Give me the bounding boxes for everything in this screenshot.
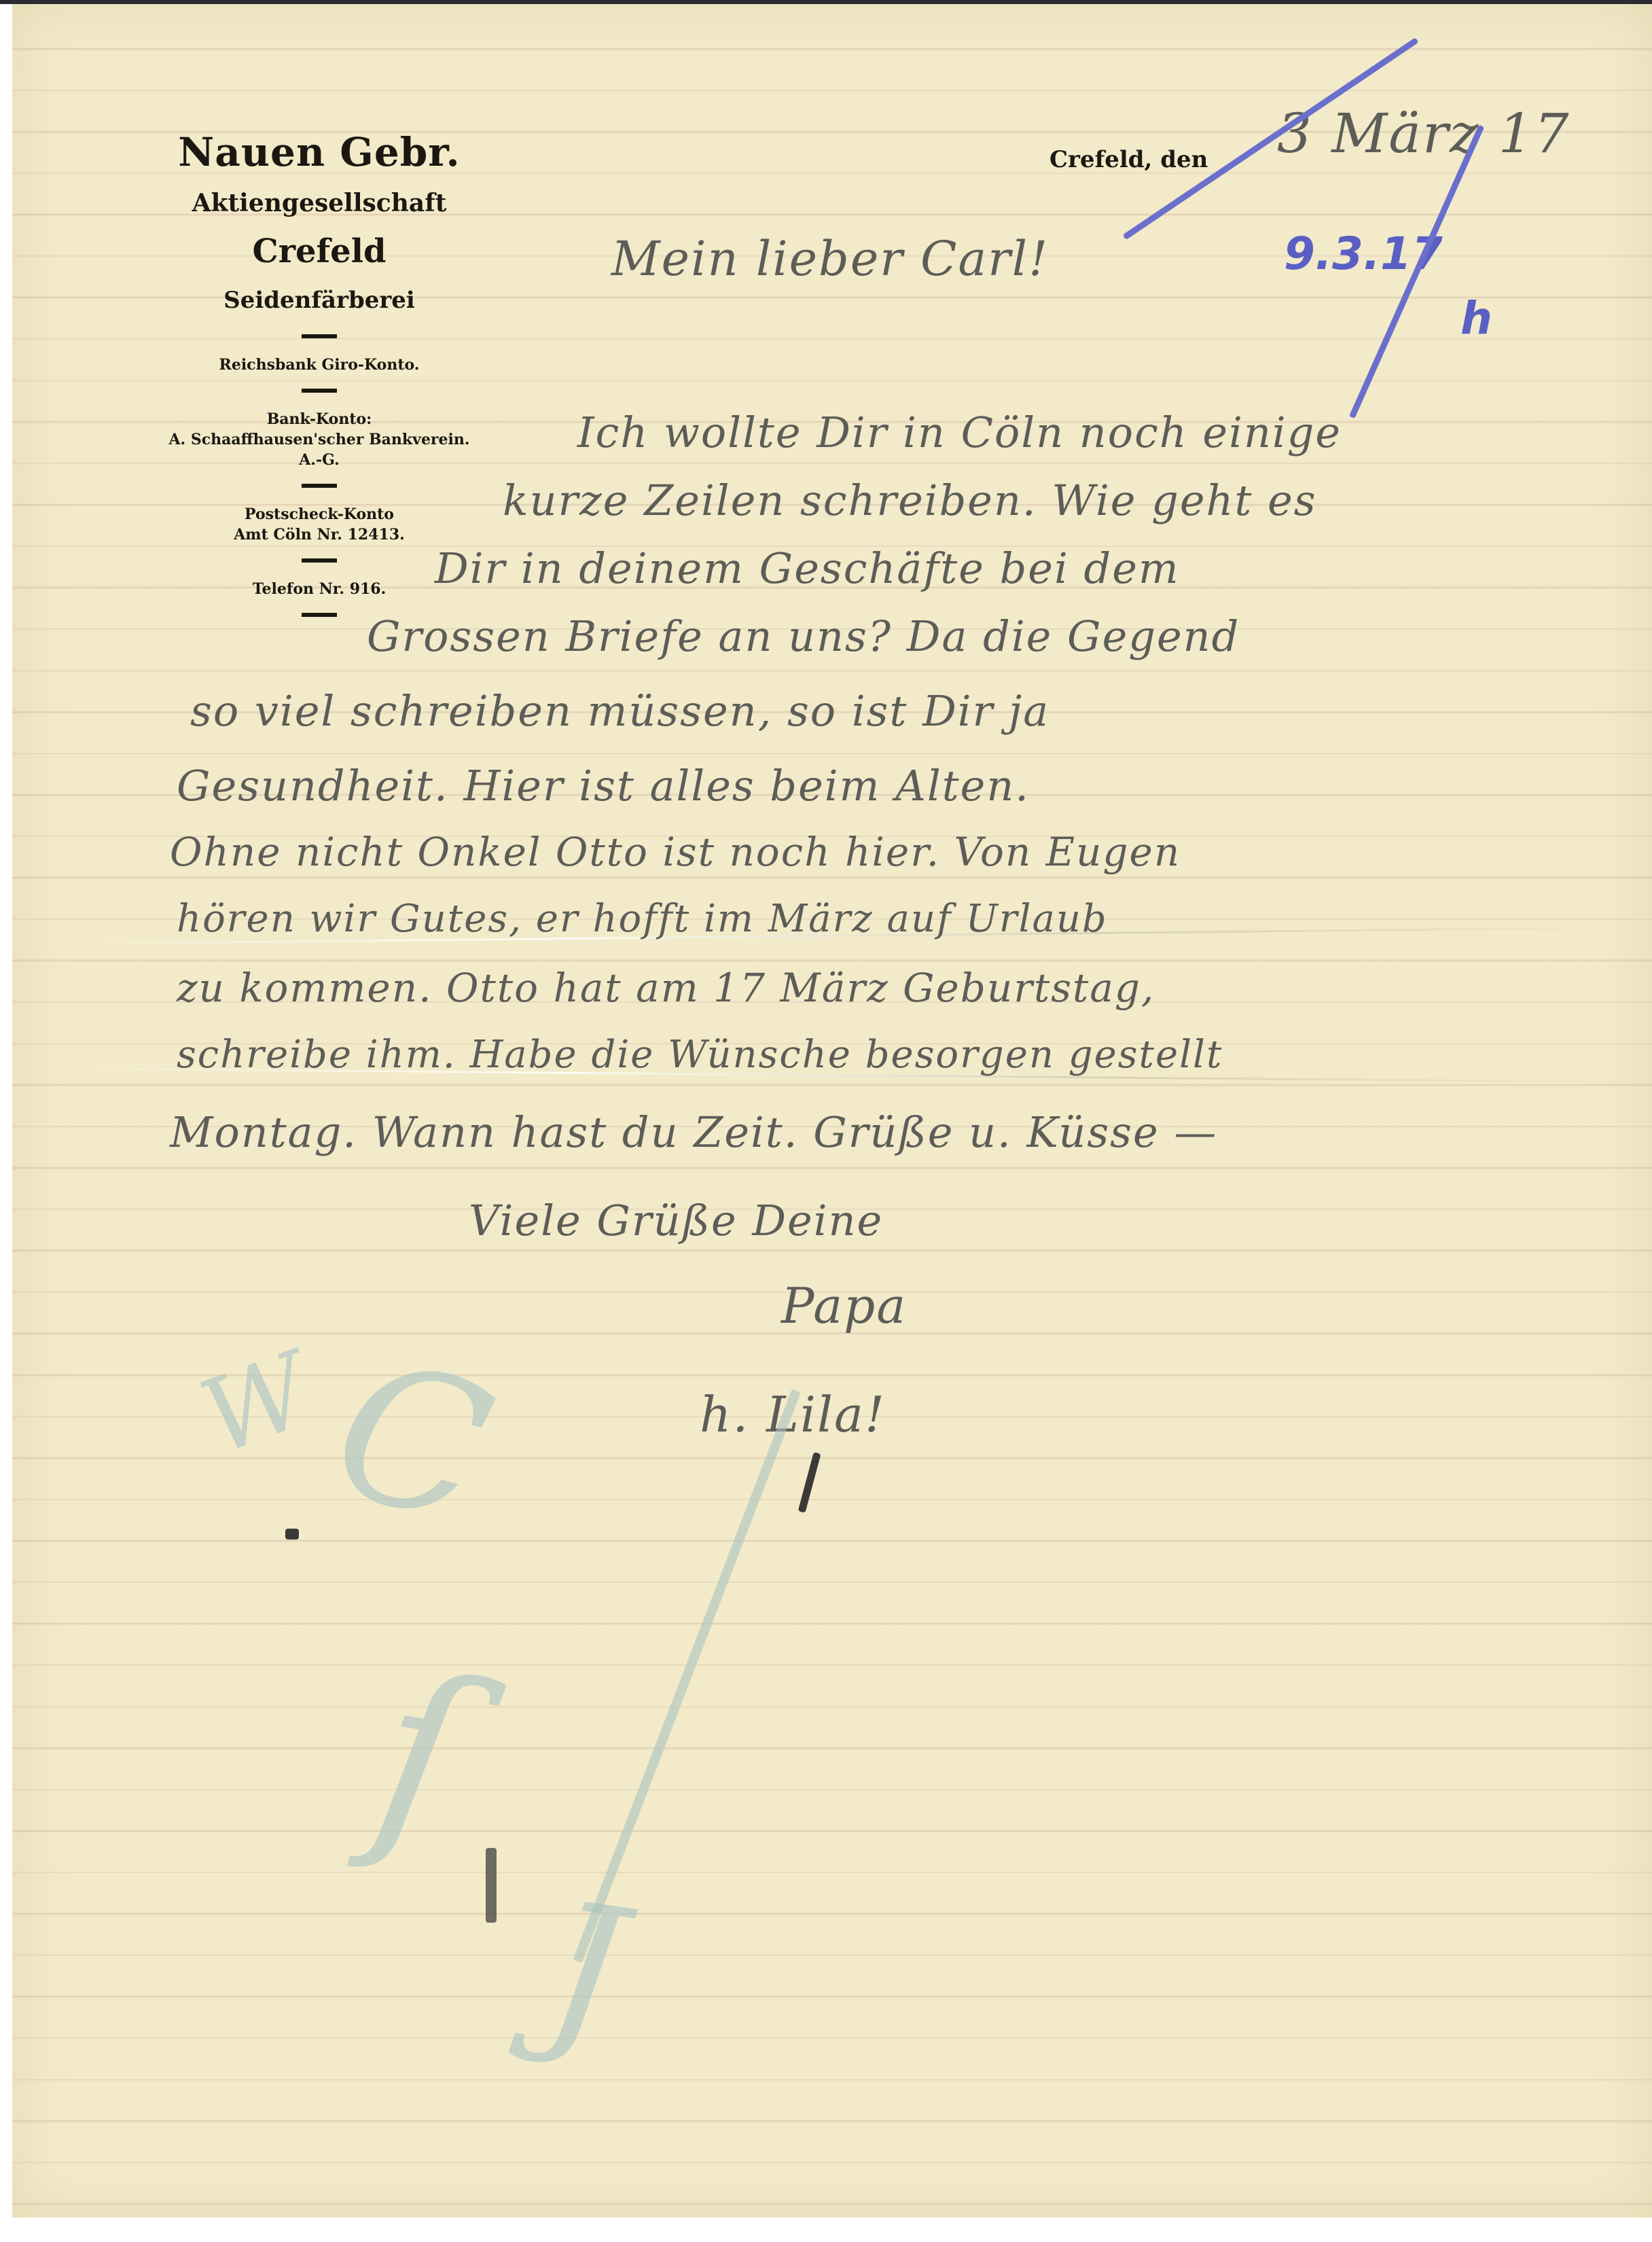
ink-blot: [285, 1529, 299, 1540]
receipt-mark: h: [1460, 292, 1492, 344]
letter-line: Montag. Wann hast du Zeit. Grüße u. Küss…: [170, 1107, 1217, 1157]
handwritten-date: 3 März 17: [1277, 102, 1570, 165]
letter-line: Dir in deinem Geschäfte bei dem: [435, 544, 1180, 593]
postscheck-number: Amt Cöln Nr. 12413.: [109, 524, 530, 545]
business-type: Seidenfärberei: [109, 287, 530, 314]
signature: Papa: [781, 1277, 907, 1334]
divider: [302, 558, 337, 563]
letter-line: Gesundheit. Hier ist alles beim Alten.: [177, 761, 1030, 811]
company-city: Crefeld: [109, 232, 530, 270]
printed-place: Crefeld, den: [1049, 146, 1208, 173]
legal-form: Aktiengesellschaft: [109, 189, 530, 217]
letter-line: kurze Zeilen schreiben. Wie geht es: [503, 476, 1317, 525]
closing-greeting: Viele Grüße Deine: [469, 1196, 883, 1245]
letter-line: Grossen Briefe an uns? Da die Gegend: [367, 611, 1240, 661]
divider: [302, 334, 337, 338]
divider: [302, 484, 337, 488]
bank-suffix: A.-G.: [109, 450, 530, 470]
letter-line: zu kommen. Otto hat am 17 März Geburtsta…: [177, 965, 1155, 1011]
letter-line: hören wir Gutes, er hofft im März auf Ur…: [177, 897, 1108, 941]
divider: [302, 613, 337, 617]
ink-blot: [486, 1848, 497, 1923]
letter-line: Ohne nicht Onkel Otto ist noch hier. Von…: [170, 829, 1181, 875]
postscheck-label: Postscheck-Konto: [109, 504, 530, 524]
letter-line: so viel schreiben müssen, so ist Dir ja: [190, 686, 1049, 736]
salutation: Mein lieber Carl!: [611, 231, 1049, 287]
letter-line: Ich wollte Dir in Cöln noch einige: [577, 408, 1342, 457]
letter-line: schreibe ihm. Habe die Wünsche besorgen …: [177, 1033, 1223, 1077]
reichsbank-account: Reichsbank Giro-Konto.: [109, 355, 530, 375]
company-name: Nauen Gebr.: [109, 129, 530, 175]
bank-account-label: Bank-Konto:: [109, 409, 530, 429]
bank-name: A. Schaaffhausen'scher Bankverein.: [109, 429, 530, 450]
divider: [302, 389, 337, 393]
